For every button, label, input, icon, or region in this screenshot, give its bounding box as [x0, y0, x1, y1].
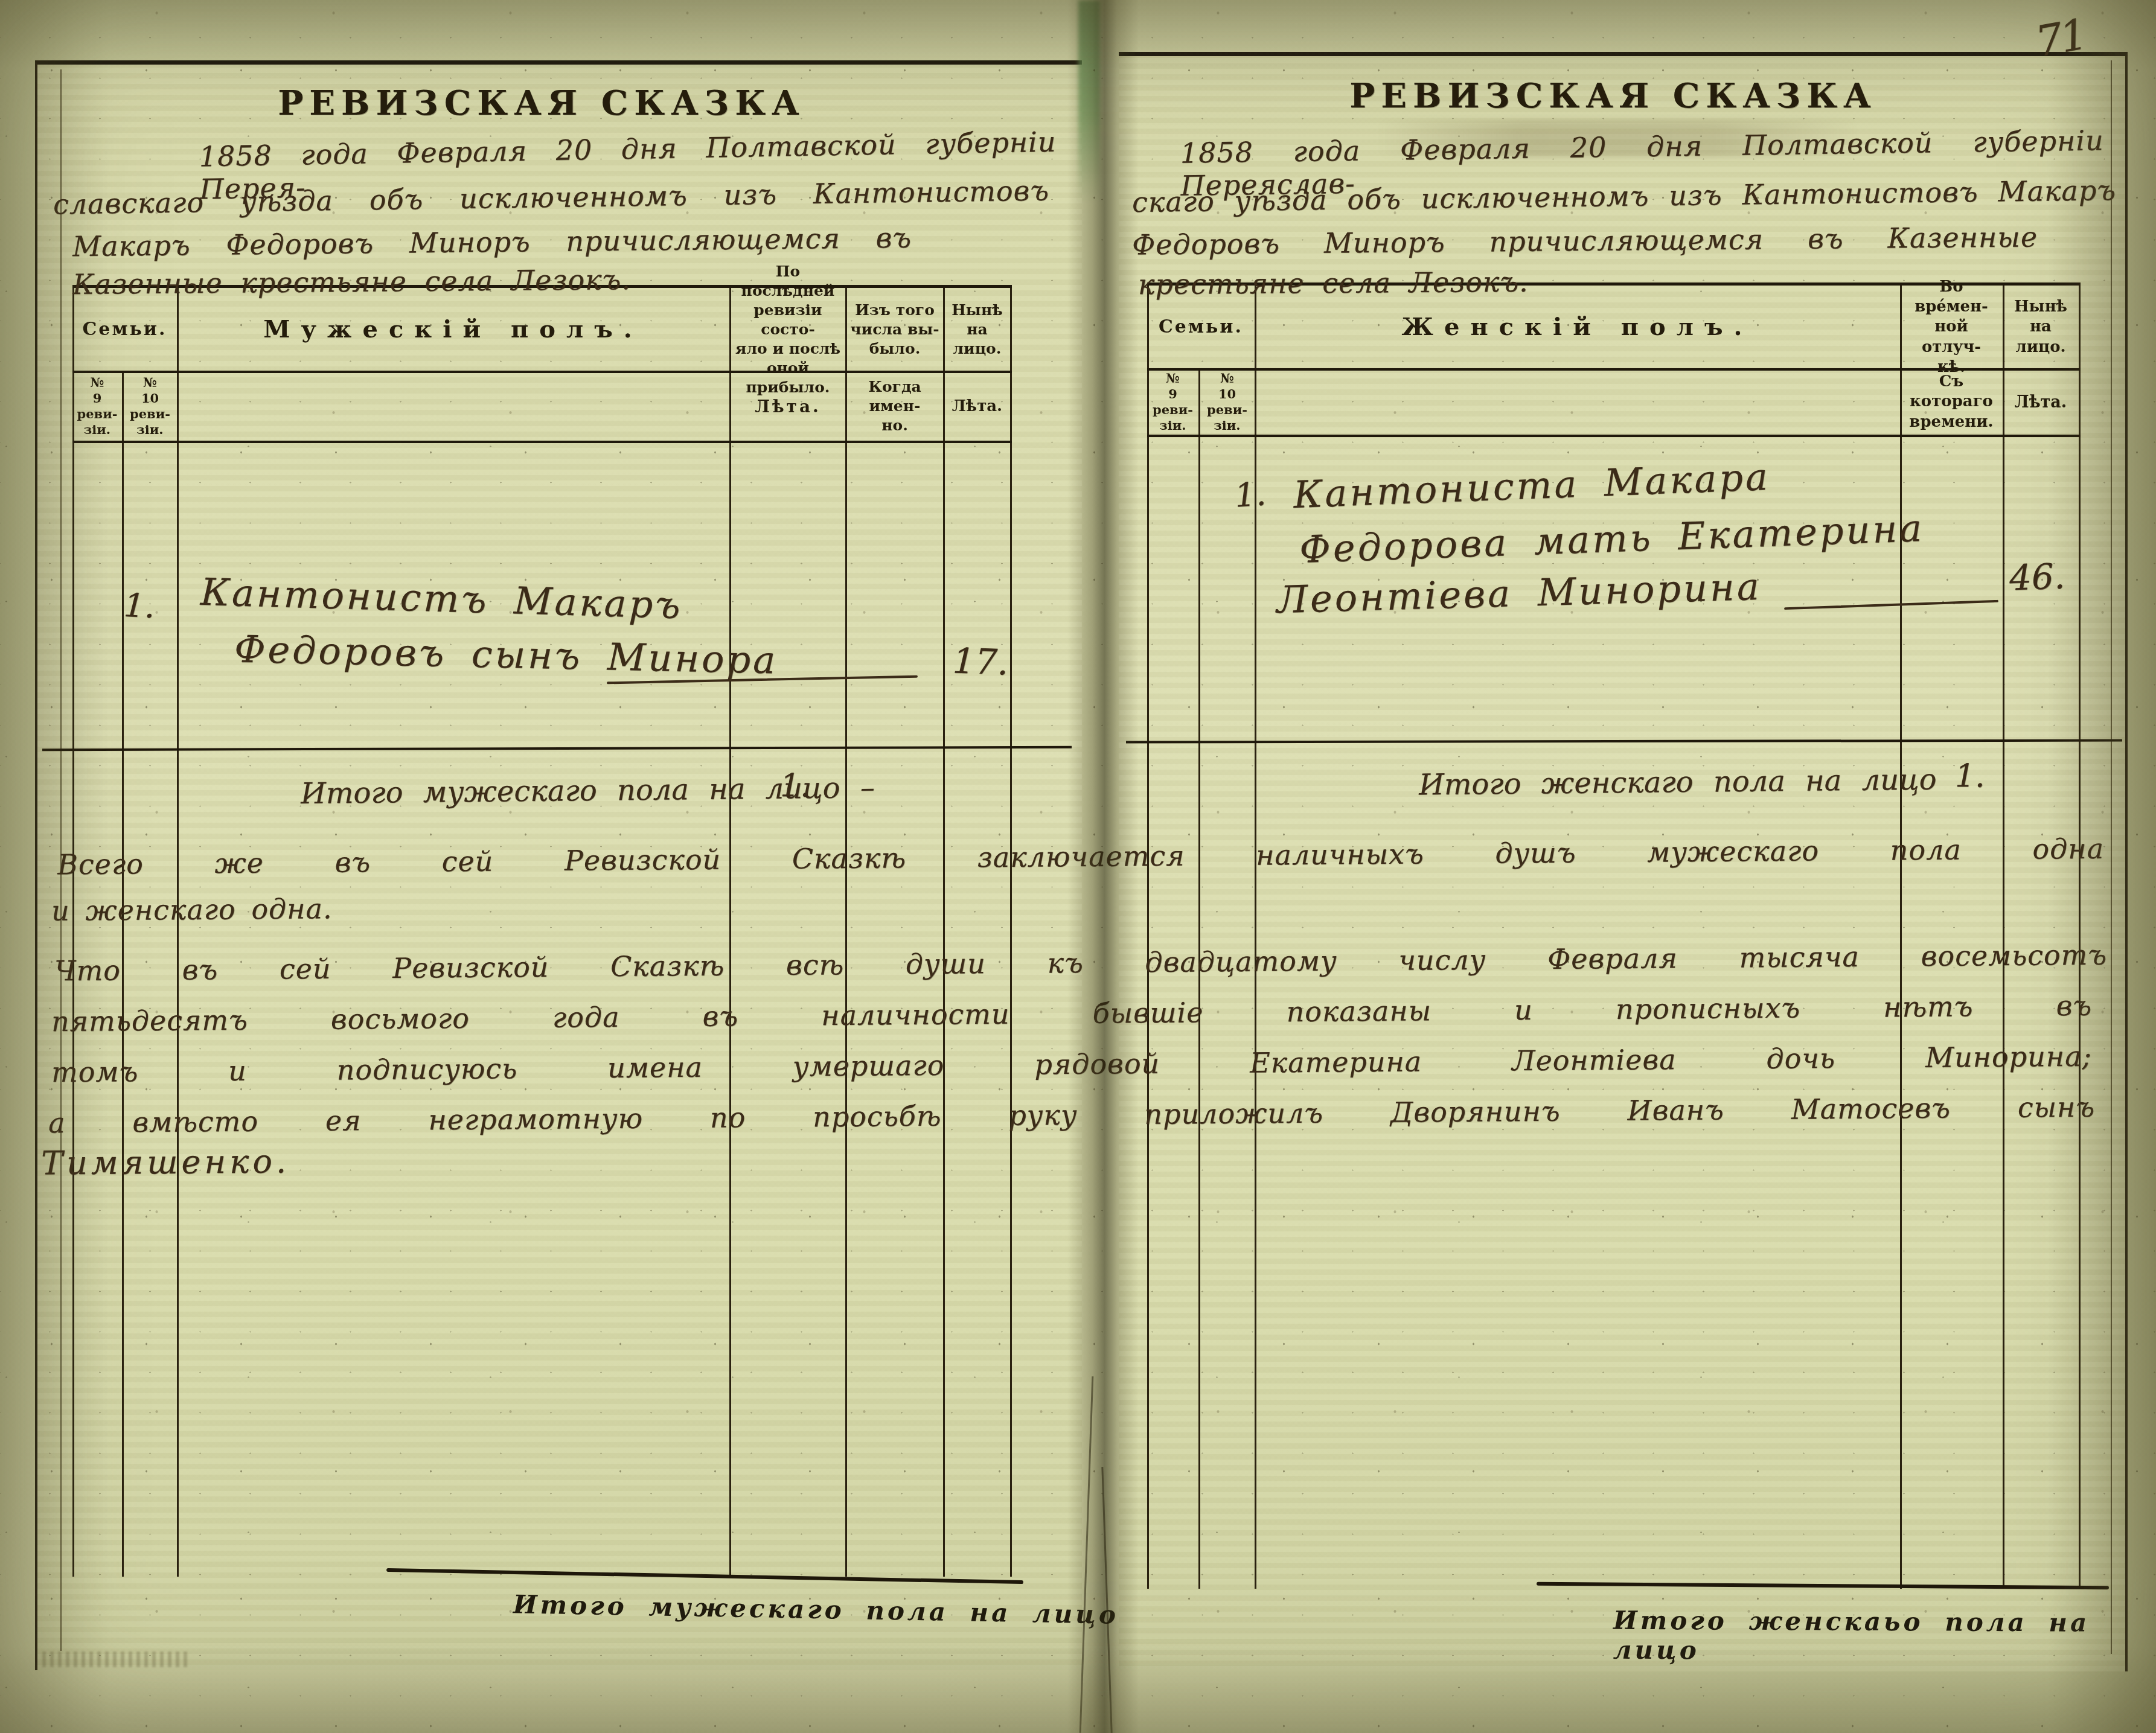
fold-green-stain [1078, 0, 1100, 202]
column-header-revision10: № 10 реви- зіи. [1200, 371, 1255, 433]
column-divider [1147, 282, 1149, 1589]
page-number: 71 [2032, 10, 2088, 67]
male-subtotal-value: 1. [780, 768, 810, 804]
column-subheader-years: Лѣта. [945, 373, 1009, 439]
female-subtotal-handwritten: Итого женскаго пола на лицо [1419, 763, 1937, 802]
column-divider [72, 285, 74, 1577]
column-header-revision9: № 9 реви- зіи. [1147, 371, 1198, 433]
column-header-male-sex: Мужескій полъ. [177, 289, 729, 369]
column-header-departed: Изъ того числа вы- было. [848, 289, 942, 371]
signature: Тимяшенко. [41, 1142, 290, 1182]
entry-number: 1. [123, 586, 156, 626]
column-divider [1900, 282, 1902, 1589]
summary-line: и женскаго одна. [51, 892, 333, 927]
table-rule [1147, 435, 2081, 437]
column-divider [729, 285, 731, 1577]
column-header-last-revision: По послѣдней ревизіи состо- яло и послѣ … [732, 289, 844, 371]
column-header-revision9: № 9 реви- зіи. [72, 373, 122, 439]
table-rule [72, 441, 1012, 443]
column-divider [2079, 282, 2081, 1589]
female-subtotal-value: 1. [1955, 758, 1985, 794]
entry-age-value: 46. [2009, 555, 2066, 598]
column-divider [1198, 369, 1200, 1589]
column-header-revision10: № 10 реви- зіи. [123, 373, 177, 439]
column-header-temporary-absence: Во врéмен- ной отлуч- кѣ. [1902, 286, 2000, 368]
page-title: РЕВИЗСКАЯ СКАЗКА [1251, 76, 1975, 116]
column-header-present: Нынѣ на лицо. [2005, 286, 2076, 368]
entry-age-value: 17. [952, 640, 1009, 683]
column-subheader-when-exactly: Когда имен- но. [848, 373, 942, 439]
column-divider [2003, 282, 2004, 1589]
revision-list-scan: РЕВИЗСКАЯ СКАЗКА РЕВИЗСКАЯ СКАЗКА 1858 г… [0, 0, 2156, 1733]
female-total-footer: Итого женскаьо пола на лицо [1613, 1606, 2156, 1668]
column-subheader-years: Лѣта. [2005, 371, 2076, 433]
column-subheader-since-when: Съ котораго времени. [1902, 371, 2000, 433]
column-divider [177, 285, 179, 1577]
column-header-present: Нынѣ на лицо. [945, 289, 1009, 371]
column-divider [943, 285, 945, 1577]
column-divider [1010, 285, 1012, 1577]
column-header-female-sex: Женскій полъ. [1255, 286, 1900, 367]
page-title: РЕВИЗСКАЯ СКАЗКА [179, 83, 904, 123]
column-header-family: Семьи. [72, 289, 177, 369]
faded-print-smudge [42, 1652, 187, 1667]
column-divider [845, 285, 847, 1577]
right-page-inner-edge-line [2111, 60, 2112, 1654]
column-header-family: Семьи. [1147, 286, 1255, 367]
column-subheader-years: Лѣта. [732, 373, 844, 439]
entry-number: 1. [1233, 474, 1267, 514]
